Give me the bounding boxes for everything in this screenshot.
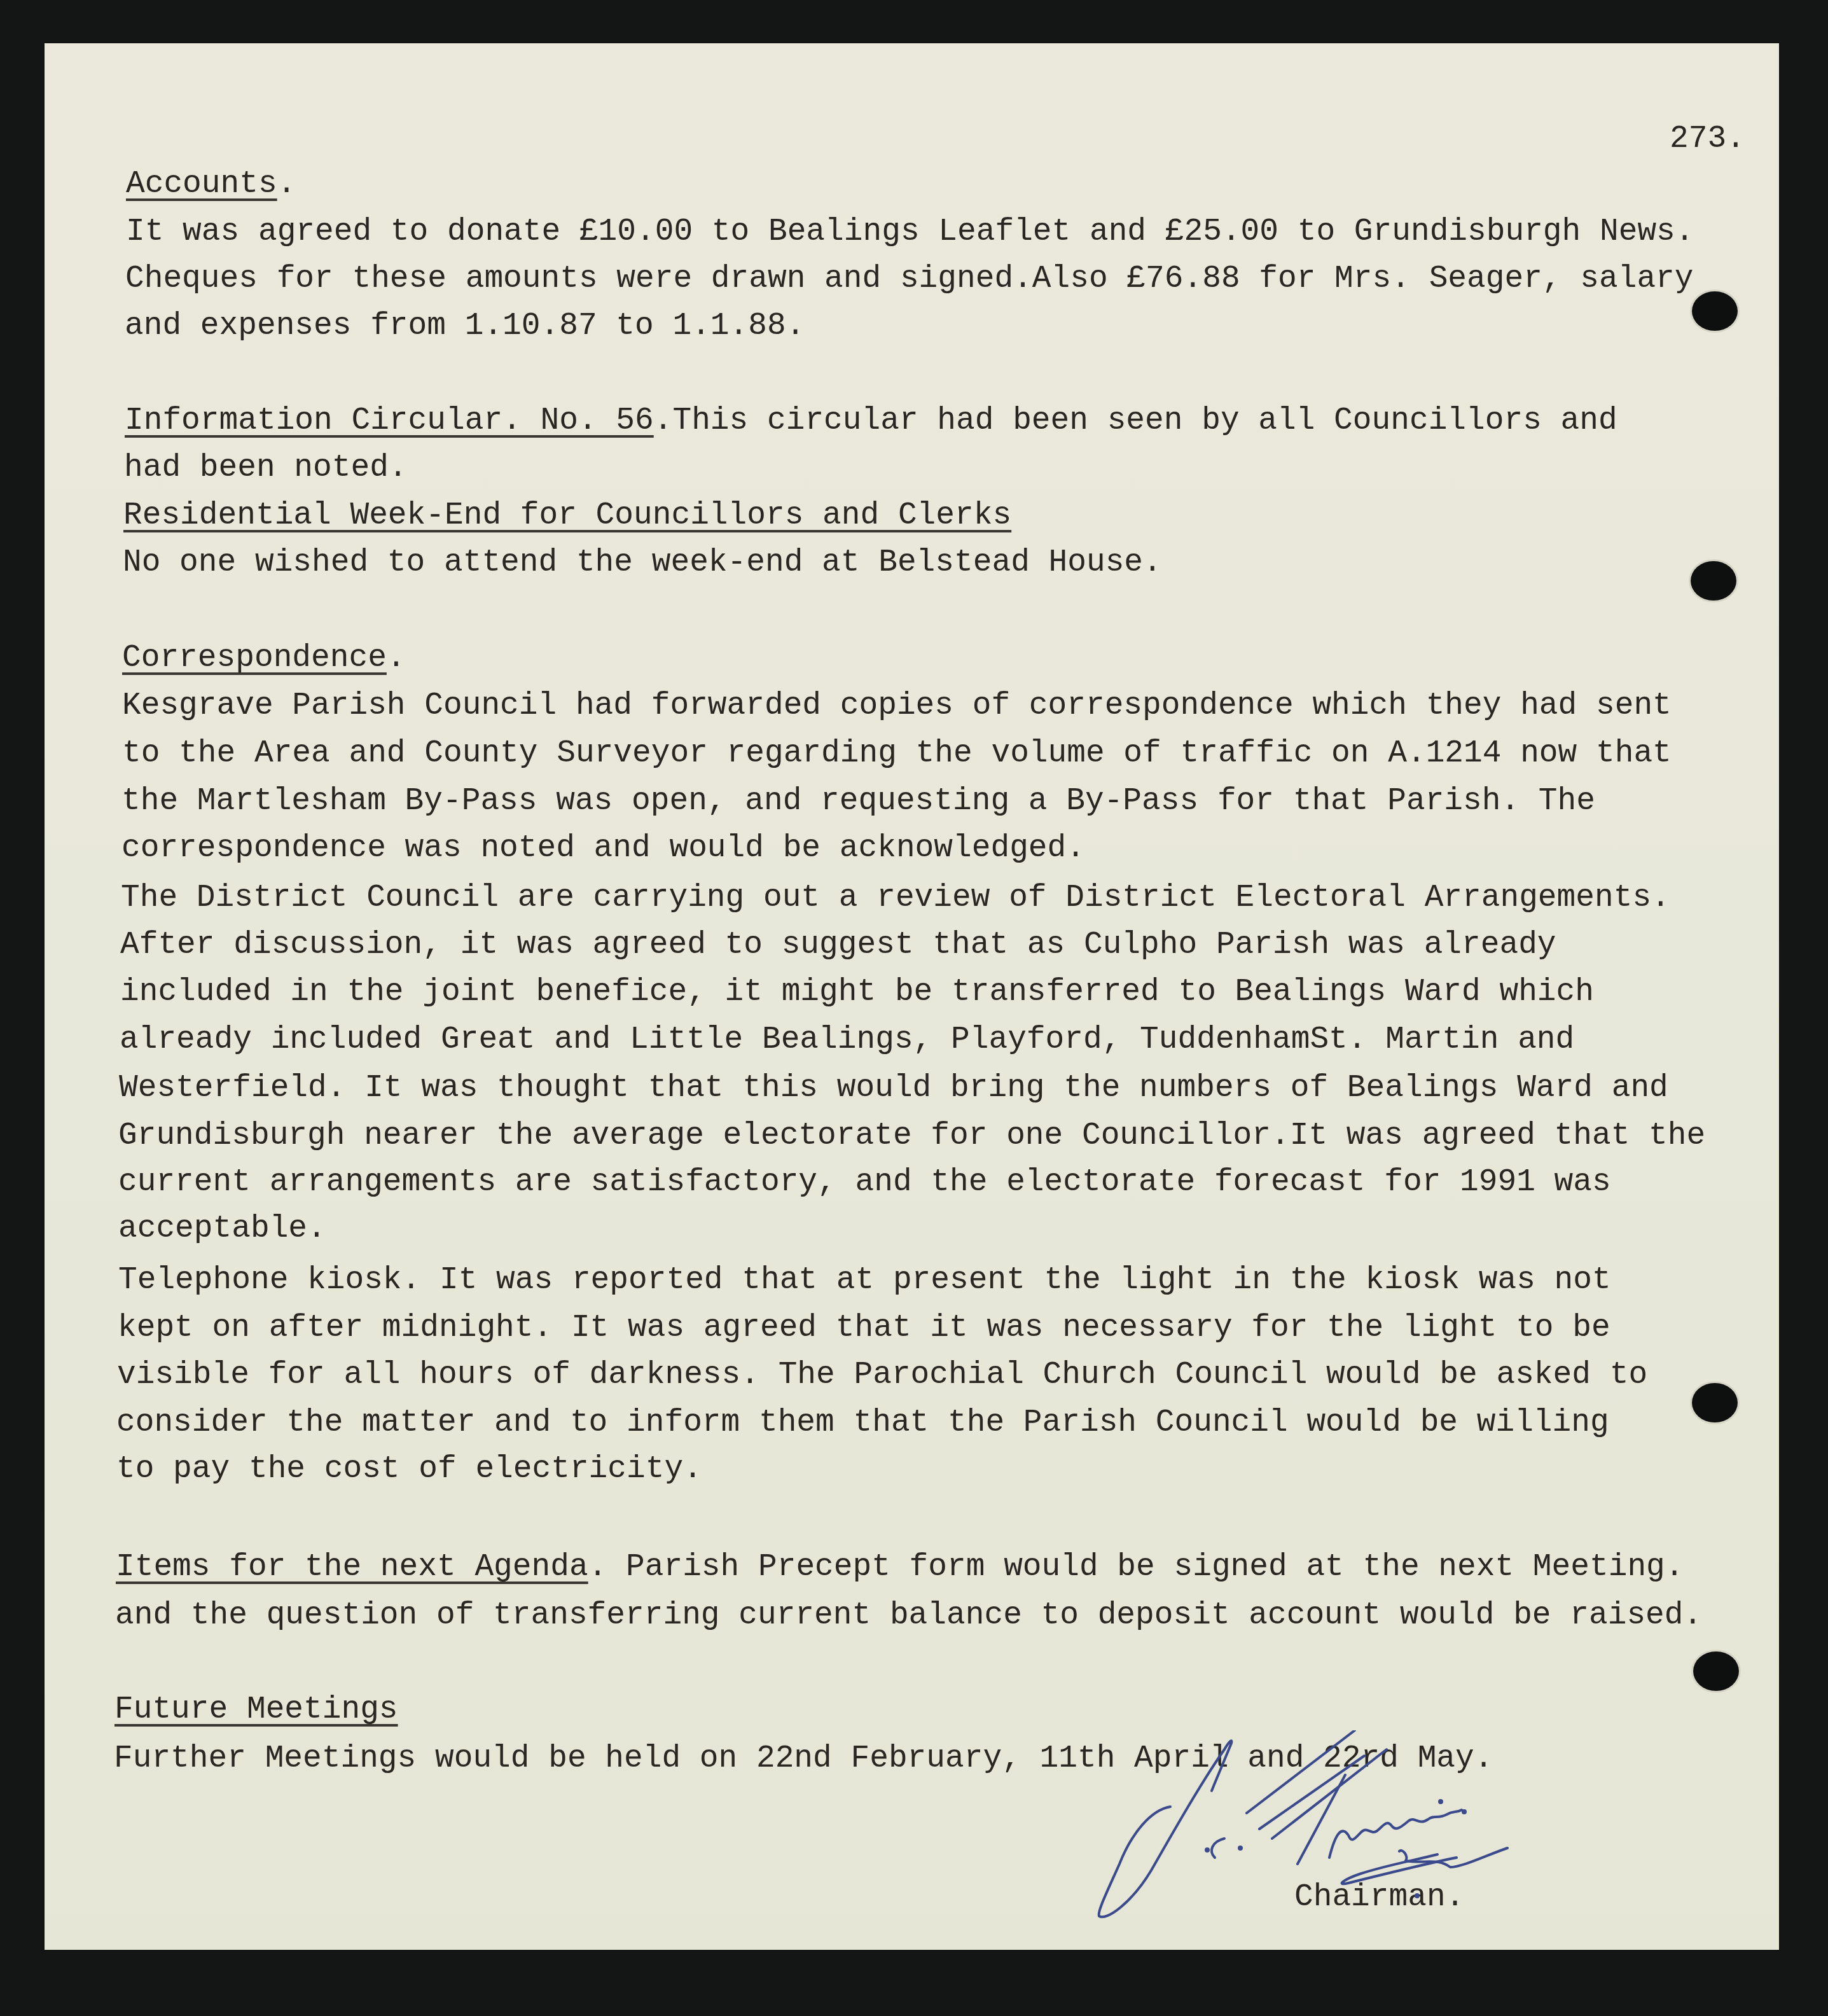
text-line: correspondence was noted and would be ac… — [121, 833, 1085, 865]
text-line: It was agreed to donate £10.00 to Bealin… — [126, 216, 1694, 248]
heading-text: Accounts — [126, 166, 277, 202]
typed-minutes: 273. Accounts. It was agreed to donate £… — [0, 0, 1828, 2016]
heading-text: Correspondence — [122, 640, 387, 676]
heading-punct: . — [387, 640, 406, 676]
text-line: to the Area and County Surveyor regardin… — [122, 738, 1672, 770]
heading-punct: . — [277, 166, 296, 202]
text-line: and expenses from 1.10.87 to 1.1.88. — [125, 310, 805, 342]
section-heading-accounts: Accounts. — [126, 169, 296, 200]
text-line: consider the matter and to inform them t… — [116, 1407, 1609, 1439]
chairman-signature — [1081, 1730, 1590, 1940]
heading-text: Information Circular. No. 56 — [125, 403, 654, 438]
heading-continuation: .This circular had been seen by all Coun… — [654, 403, 1617, 438]
text-line: The District Council are carrying out a … — [121, 882, 1670, 914]
text-line: After discussion, it was agreed to sugge… — [120, 929, 1556, 961]
text-line: kept on after midnight. It was agreed th… — [118, 1312, 1610, 1344]
section-heading-future-meetings: Future Meetings — [114, 1694, 398, 1726]
heading-text: Items for the next Agenda — [116, 1549, 588, 1585]
text-line: Kesgrave Parish Council had forwarded co… — [122, 690, 1672, 722]
page-number: 273. — [1670, 123, 1745, 155]
text-line: and the question of transferring current… — [115, 1600, 1702, 1632]
text-line: visible for all hours of darkness. The P… — [117, 1359, 1647, 1391]
heading-continuation: . Parish Precept form would be signed at… — [588, 1549, 1684, 1585]
text-line: Cheques for these amounts were drawn and… — [125, 263, 1694, 295]
text-line: current arrangements are satisfactory, a… — [118, 1167, 1611, 1199]
text-line: to pay the cost of electricity. — [116, 1454, 702, 1485]
text-line: the Martlesham By-Pass was open, and req… — [121, 786, 1595, 817]
text-line: Grundisburgh nearer the average electora… — [118, 1120, 1705, 1152]
section-heading-correspondence: Correspondence. — [122, 643, 406, 674]
heading-text: Future Meetings — [114, 1692, 398, 1727]
text-line: included in the joint benefice, it might… — [120, 977, 1594, 1008]
text-line: Telephone kiosk. It was reported that at… — [118, 1265, 1611, 1296]
text-line: Westerfield. It was thought that this wo… — [119, 1073, 1668, 1104]
text-line: No one wished to attend the week-end at … — [123, 547, 1162, 579]
heading-text: Residential Week-End for Councillors and… — [123, 497, 1011, 533]
text-line: already included Great and Little Bealin… — [120, 1024, 1574, 1056]
section-heading-next-agenda: Items for the next Agenda. Parish Precep… — [116, 1552, 1684, 1583]
text-line: acceptable. — [118, 1213, 326, 1245]
section-heading-information-circular: Information Circular. No. 56.This circul… — [125, 405, 1617, 437]
text-line: had been noted. — [124, 452, 408, 484]
section-heading-residential-weekend: Residential Week-End for Councillors and… — [123, 500, 1011, 532]
